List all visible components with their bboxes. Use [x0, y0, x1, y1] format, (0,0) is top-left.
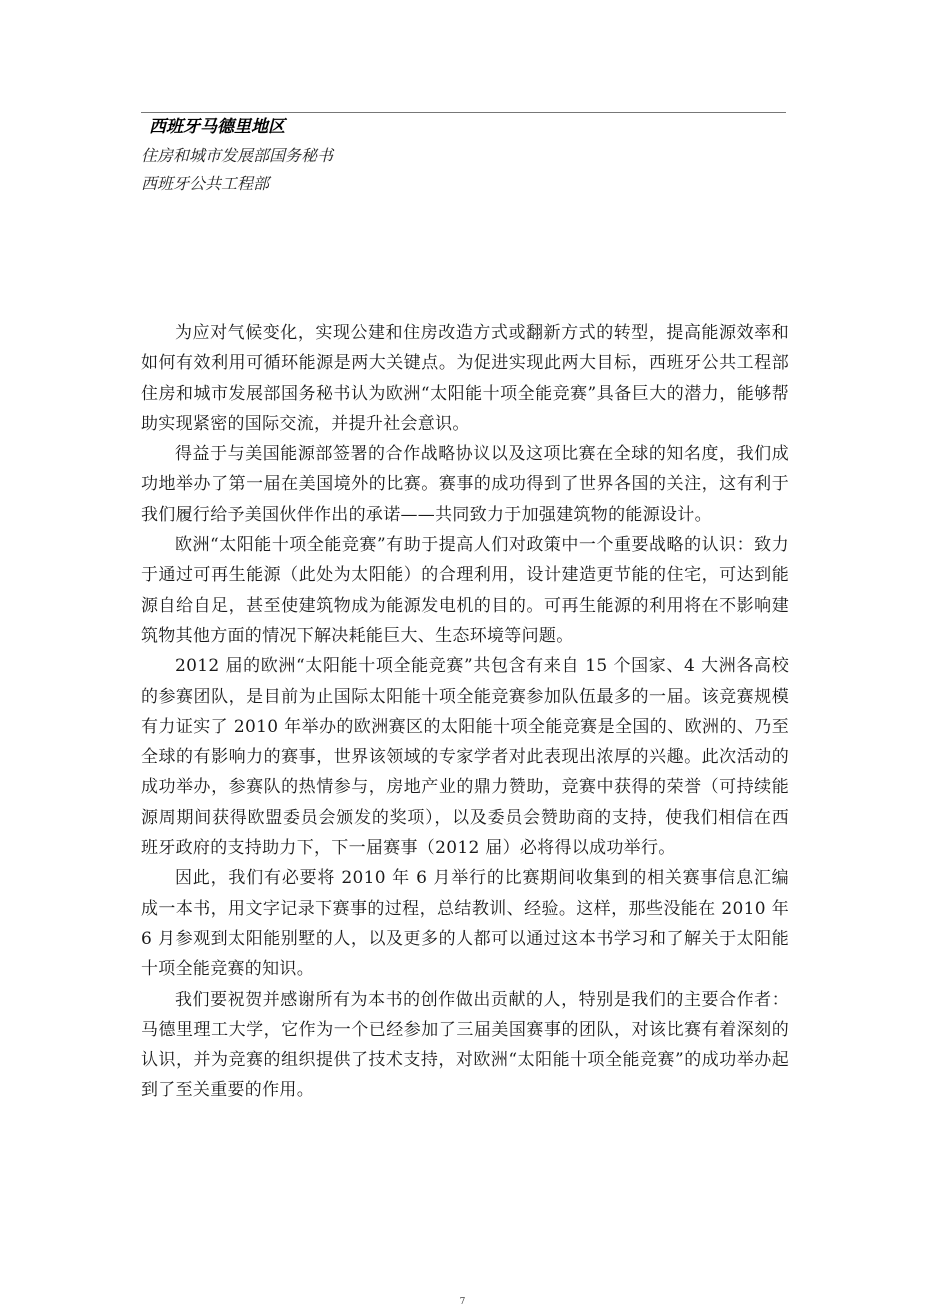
- document-page: 西班牙马德里地区 住房和城市发展部国务秘书 西班牙公共工程部 为应对气候变化，实…: [0, 0, 925, 1309]
- org-line-housing-secretary: 住房和城市发展部国务秘书: [141, 146, 786, 166]
- header-divider: [141, 112, 786, 113]
- paragraph: 得益于与美国能源部签署的合作战略协议以及这项比赛在全球的知名度，我们成功地举办了…: [141, 439, 789, 530]
- body-text: 为应对气候变化，实现公建和住房改造方式或翻新方式的转型，提高能源效率和如何有效利…: [141, 318, 789, 1106]
- paragraph: 欧洲“太阳能十项全能竞赛”有助于提高人们对政策中一个重要战略的认识：致力于通过可…: [141, 530, 789, 651]
- page-number: 7: [0, 1297, 925, 1307]
- paragraph: 因此，我们有必要将 2010 年 6 月举行的比赛期间收集到的相关赛事信息汇编成…: [141, 863, 789, 984]
- header-block: 西班牙马德里地区 住房和城市发展部国务秘书 西班牙公共工程部: [141, 116, 786, 194]
- org-line-public-works: 西班牙公共工程部: [141, 174, 786, 194]
- org-title: 西班牙马德里地区: [141, 116, 786, 138]
- paragraph: 为应对气候变化，实现公建和住房改造方式或翻新方式的转型，提高能源效率和如何有效利…: [141, 318, 789, 439]
- paragraph: 我们要祝贺并感谢所有为本书的创作做出贡献的人，特别是我们的主要合作者：马德里理工…: [141, 985, 789, 1106]
- paragraph: 2012 届的欧洲“太阳能十项全能竞赛”共包含有来自 15 个国家、4 大洲各高…: [141, 651, 789, 863]
